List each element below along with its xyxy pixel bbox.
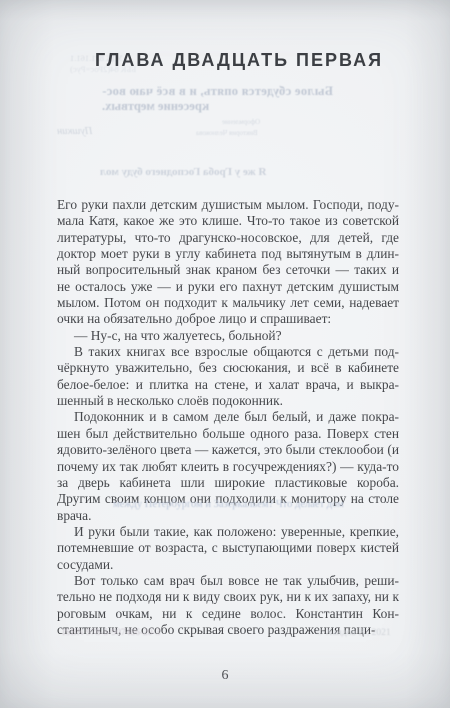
page-number: 6 — [0, 668, 450, 684]
body-text-block: Его руки пахли детским душистым мылом. Г… — [57, 197, 399, 638]
body-paragraph-dialogue: — Ну-с, на что жалуетесь, больной? — [57, 328, 399, 344]
bleedthrough-epigraph-attribution: Пушкин — [57, 126, 93, 137]
ink-offset-isbn-line: ISBN 978-5-907486-20-3 — [62, 628, 160, 638]
chapter-heading: ГЛАВА ДВАДЦАТЬ ПЕРВАЯ — [14, 50, 450, 71]
body-paragraph: В таких книгах все взрослые общаются с д… — [57, 344, 399, 409]
bleedthrough-epigraph-line-1: Былое сбудется опять, и в всё чаю вос- — [102, 84, 333, 99]
bleedthrough-design-name: Виктория Челнокова — [196, 129, 258, 137]
bleedthrough-design-label: Оформление — [222, 118, 260, 126]
ink-offset-copyright-line: © Хандов В., 2021 — [316, 628, 391, 638]
ink-offset-text-line: между Петербургом и Зазеркальем? Что дел… — [113, 499, 344, 510]
body-paragraph: Его руки пахли детским душистым мылом. Г… — [57, 197, 399, 328]
bleedthrough-epigraph-line-2: кресение мертвых. — [102, 99, 209, 114]
bleedthrough-quote-line: Я же у Гроба Господнего буду мол — [100, 166, 266, 178]
book-page-photo: УДК 821.161.1 ББК 84(2Рос=Рус) Былое сбу… — [0, 0, 450, 708]
body-paragraph: И руки были такие, как положено: уверенн… — [57, 524, 399, 573]
